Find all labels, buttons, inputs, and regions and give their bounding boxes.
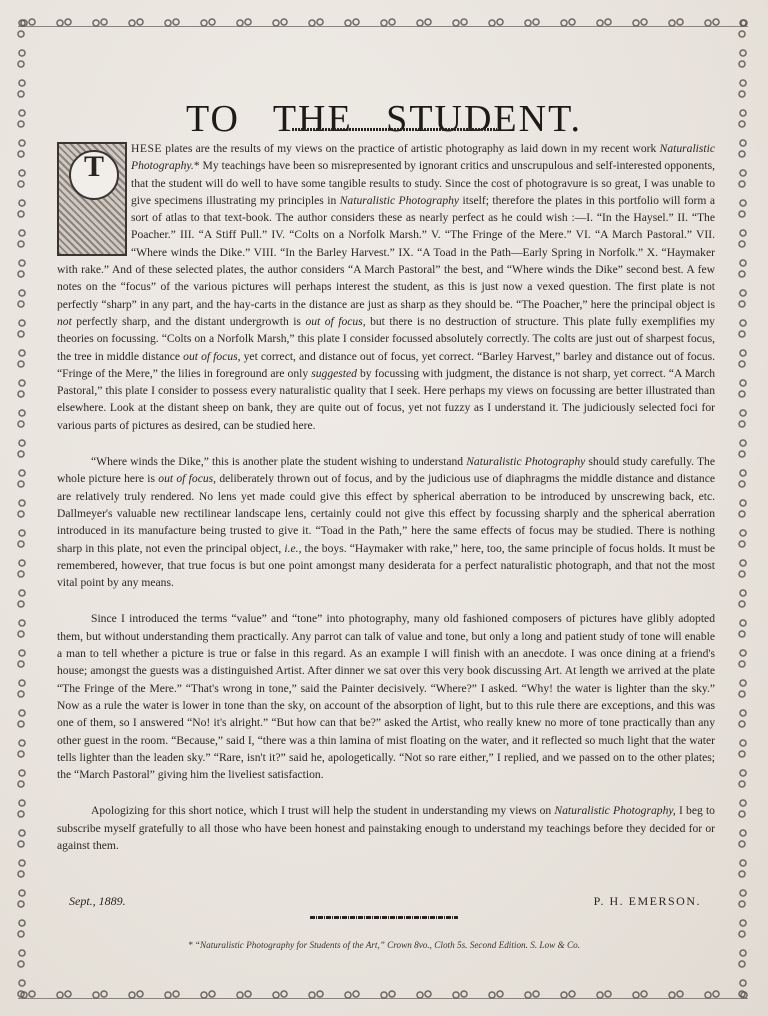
decorated-initial-icon: T bbox=[57, 142, 127, 256]
paragraph-1: T HESE plates are the results of my view… bbox=[57, 140, 715, 434]
paragraph-4: Apologizing for this short notice, which… bbox=[57, 802, 715, 854]
title-divider bbox=[292, 128, 497, 131]
document-page: TO THE STUDENT. T HESE plates are the re… bbox=[0, 0, 768, 1016]
document-body: T HESE plates are the results of my view… bbox=[57, 140, 715, 854]
footer-divider bbox=[310, 916, 458, 919]
paragraph-2: “Where winds the Dike,” this is another … bbox=[57, 453, 715, 591]
ornamental-border-bottom bbox=[18, 988, 748, 1000]
ornamental-border-left bbox=[16, 16, 28, 1000]
page-title: TO THE STUDENT. bbox=[0, 97, 768, 141]
ornamental-border-right bbox=[737, 16, 749, 1000]
signoff: Sept., 1889. P. H. EMERSON. bbox=[57, 894, 715, 914]
initial-letter: T bbox=[59, 158, 129, 175]
date-line: Sept., 1889. bbox=[69, 894, 126, 909]
footnote: * “Naturalistic Photography for Students… bbox=[0, 940, 768, 950]
ornamental-border-top bbox=[18, 16, 748, 28]
author-signature: P. H. EMERSON. bbox=[594, 894, 701, 909]
paragraph-3: Since I introduced the terms “value” and… bbox=[57, 610, 715, 783]
